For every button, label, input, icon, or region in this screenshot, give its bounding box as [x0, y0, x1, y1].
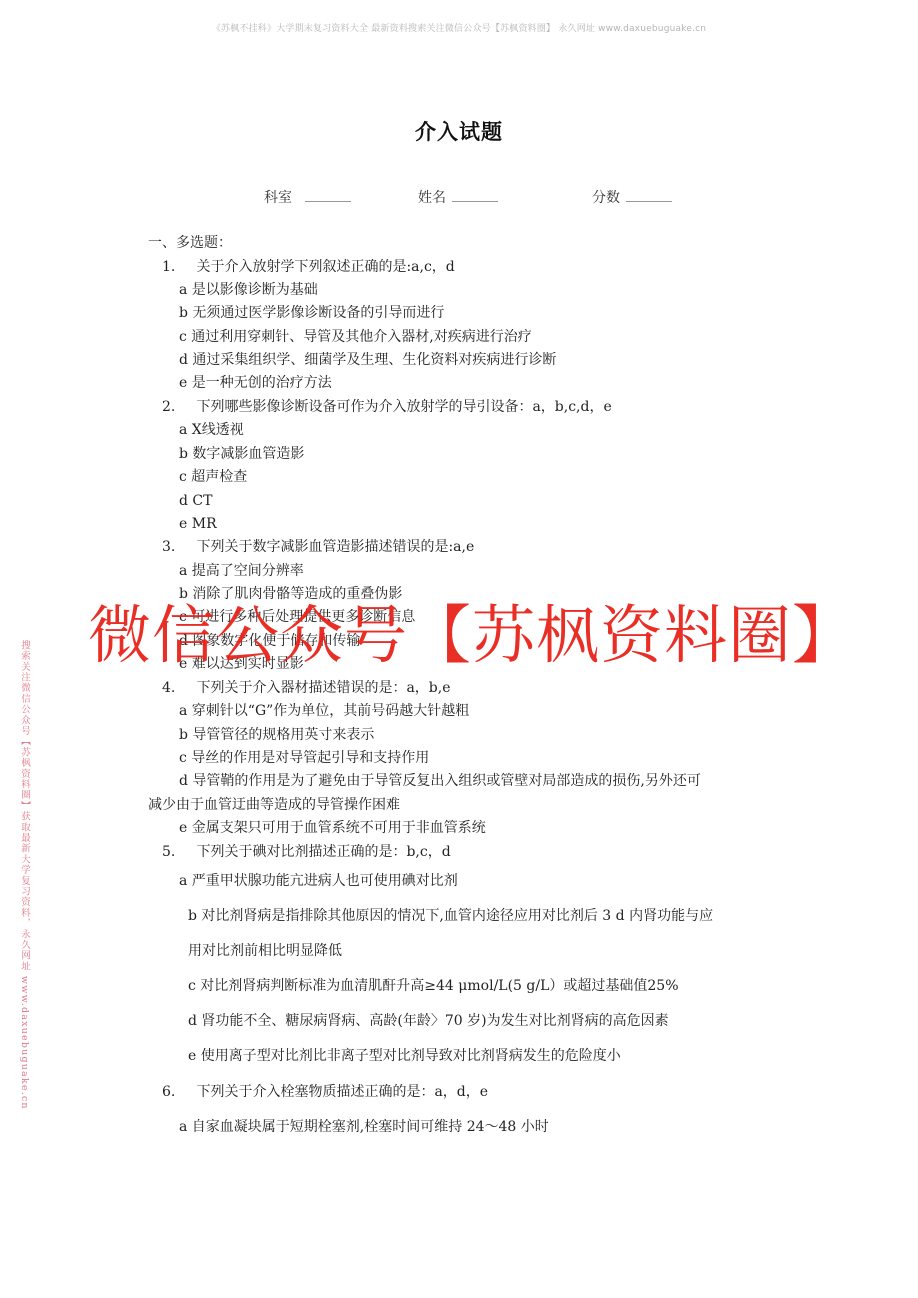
- option-continuation: 减少由于血管迂曲等造成的导管操作困难: [148, 795, 400, 815]
- question-number: 1.: [162, 257, 192, 277]
- option: e 使用离子型对比剂比非离子型对比剂导致对比剂肾病发生的危险度小: [188, 1046, 621, 1066]
- option: c 超声检查: [179, 467, 247, 487]
- option: a X线透视: [179, 420, 244, 440]
- question-number: 3.: [162, 537, 192, 557]
- side-watermark: 搜索关注微信公众号【苏枫资料圈】获取最新大学复习资料，永久网址 www.daxu…: [17, 640, 31, 1110]
- blank-line[interactable]: [452, 187, 498, 202]
- question-3: 3. 下列关于数字减影血管造影描述错误的是:a,e: [162, 537, 474, 557]
- option: d 肾功能不全、糖尿病肾病、高龄(年龄〉70 岁)为发生对比剂肾病的高危因素: [188, 1011, 669, 1031]
- question-stem: 下列关于碘对比剂描述正确的是：b,c，d: [196, 844, 450, 860]
- question-2: 2. 下列哪些影像诊断设备可作为介入放射学的导引设备：a，b,c,d，e: [162, 397, 612, 417]
- question-stem: 下列关于介入栓塞物质描述正确的是：a，d，e: [196, 1084, 488, 1100]
- option: c 通过利用穿刺针、导管及其他介入器材,对疾病进行治疗: [179, 327, 532, 347]
- info-field-score: 分数: [592, 187, 672, 207]
- option: d 通过采集组织学、细菌学及生理、生化资料对疾病进行诊断: [179, 350, 556, 370]
- option: a 严重甲状腺功能亢进病人也可使用碘对比剂: [179, 871, 458, 891]
- option: b 导管管径的规格用英寸来表示: [179, 725, 374, 745]
- question-stem: 下列关于数字减影血管造影描述错误的是:a,e: [196, 539, 474, 555]
- option: b 数字减影血管造影: [179, 444, 304, 464]
- question-number: 5.: [162, 842, 192, 862]
- question-5: 5. 下列关于碘对比剂描述正确的是：b,c，d: [162, 842, 451, 862]
- blank-line[interactable]: [626, 187, 672, 202]
- page-title: 介入试题: [0, 116, 918, 146]
- option: e 金属支架只可用于血管系统不可用于非血管系统: [179, 818, 486, 838]
- option: c 导丝的作用是对导管起引导和支持作用: [179, 748, 429, 768]
- info-label: 分数: [592, 190, 620, 206]
- option: a 自家血凝块属于短期栓塞剂,栓塞时间可维持 24～48 小时: [179, 1117, 549, 1137]
- option: c 对比剂肾病判断标准为血清肌酐升高≥44 μmol/L(5 g/L）或超过基础…: [188, 976, 679, 996]
- question-6: 6. 下列关于介入栓塞物质描述正确的是：a，d，e: [162, 1082, 488, 1102]
- option: d CT: [179, 491, 212, 511]
- question-number: 2.: [162, 397, 192, 417]
- option: b 无须通过医学影像诊断设备的引导而进行: [179, 303, 444, 323]
- question-stem: 下列关于介入器材描述错误的是：a，b,e: [196, 680, 450, 696]
- question-stem: 下列哪些影像诊断设备可作为介入放射学的导引设备：a，b,c,d，e: [196, 399, 611, 415]
- option: e MR: [179, 514, 217, 534]
- info-row: 科室 姓名 分数: [0, 187, 918, 211]
- info-label: 科室: [264, 190, 292, 206]
- question-4: 4. 下列关于介入器材描述错误的是：a，b,e: [162, 678, 451, 698]
- option: a 提高了空间分辨率: [179, 561, 304, 581]
- option: b 对比剂肾病是指排除其他原因的情况下,血管内途径应用对比剂后 3 d 内肾功能…: [188, 906, 713, 926]
- header-watermark: 《苏枫不挂科》大学期末复习资料大全 最新资料搜索关注微信公众号【苏枫资料圈】 永…: [0, 21, 918, 34]
- option: d 导管鞘的作用是为了避免由于导管反复出入组织或管壁对局部造成的损伤,另外还可: [179, 771, 701, 791]
- option: e 是一种无创的治疗方法: [179, 373, 332, 393]
- section-title: 一、多选题：: [148, 233, 232, 253]
- info-label: 姓名: [418, 190, 446, 206]
- option: a 穿刺针以“G”作为单位，其前号码越大针越粗: [179, 701, 469, 721]
- question-number: 4.: [162, 678, 192, 698]
- info-field-name: 姓名: [418, 187, 498, 207]
- overlay-watermark: 微信公众号【苏枫资料圈】: [88, 596, 856, 676]
- option: a 是以影像诊断为基础: [179, 280, 318, 300]
- option-continuation: 用对比剂前相比明显降低: [188, 941, 342, 961]
- question-stem: 关于介入放射学下列叙述正确的是:a,c，d: [196, 259, 454, 275]
- question-number: 6.: [162, 1082, 192, 1102]
- question-1: 1. 关于介入放射学下列叙述正确的是:a,c，d: [162, 257, 455, 277]
- info-field-department: 科室: [264, 187, 351, 207]
- blank-line[interactable]: [305, 187, 351, 202]
